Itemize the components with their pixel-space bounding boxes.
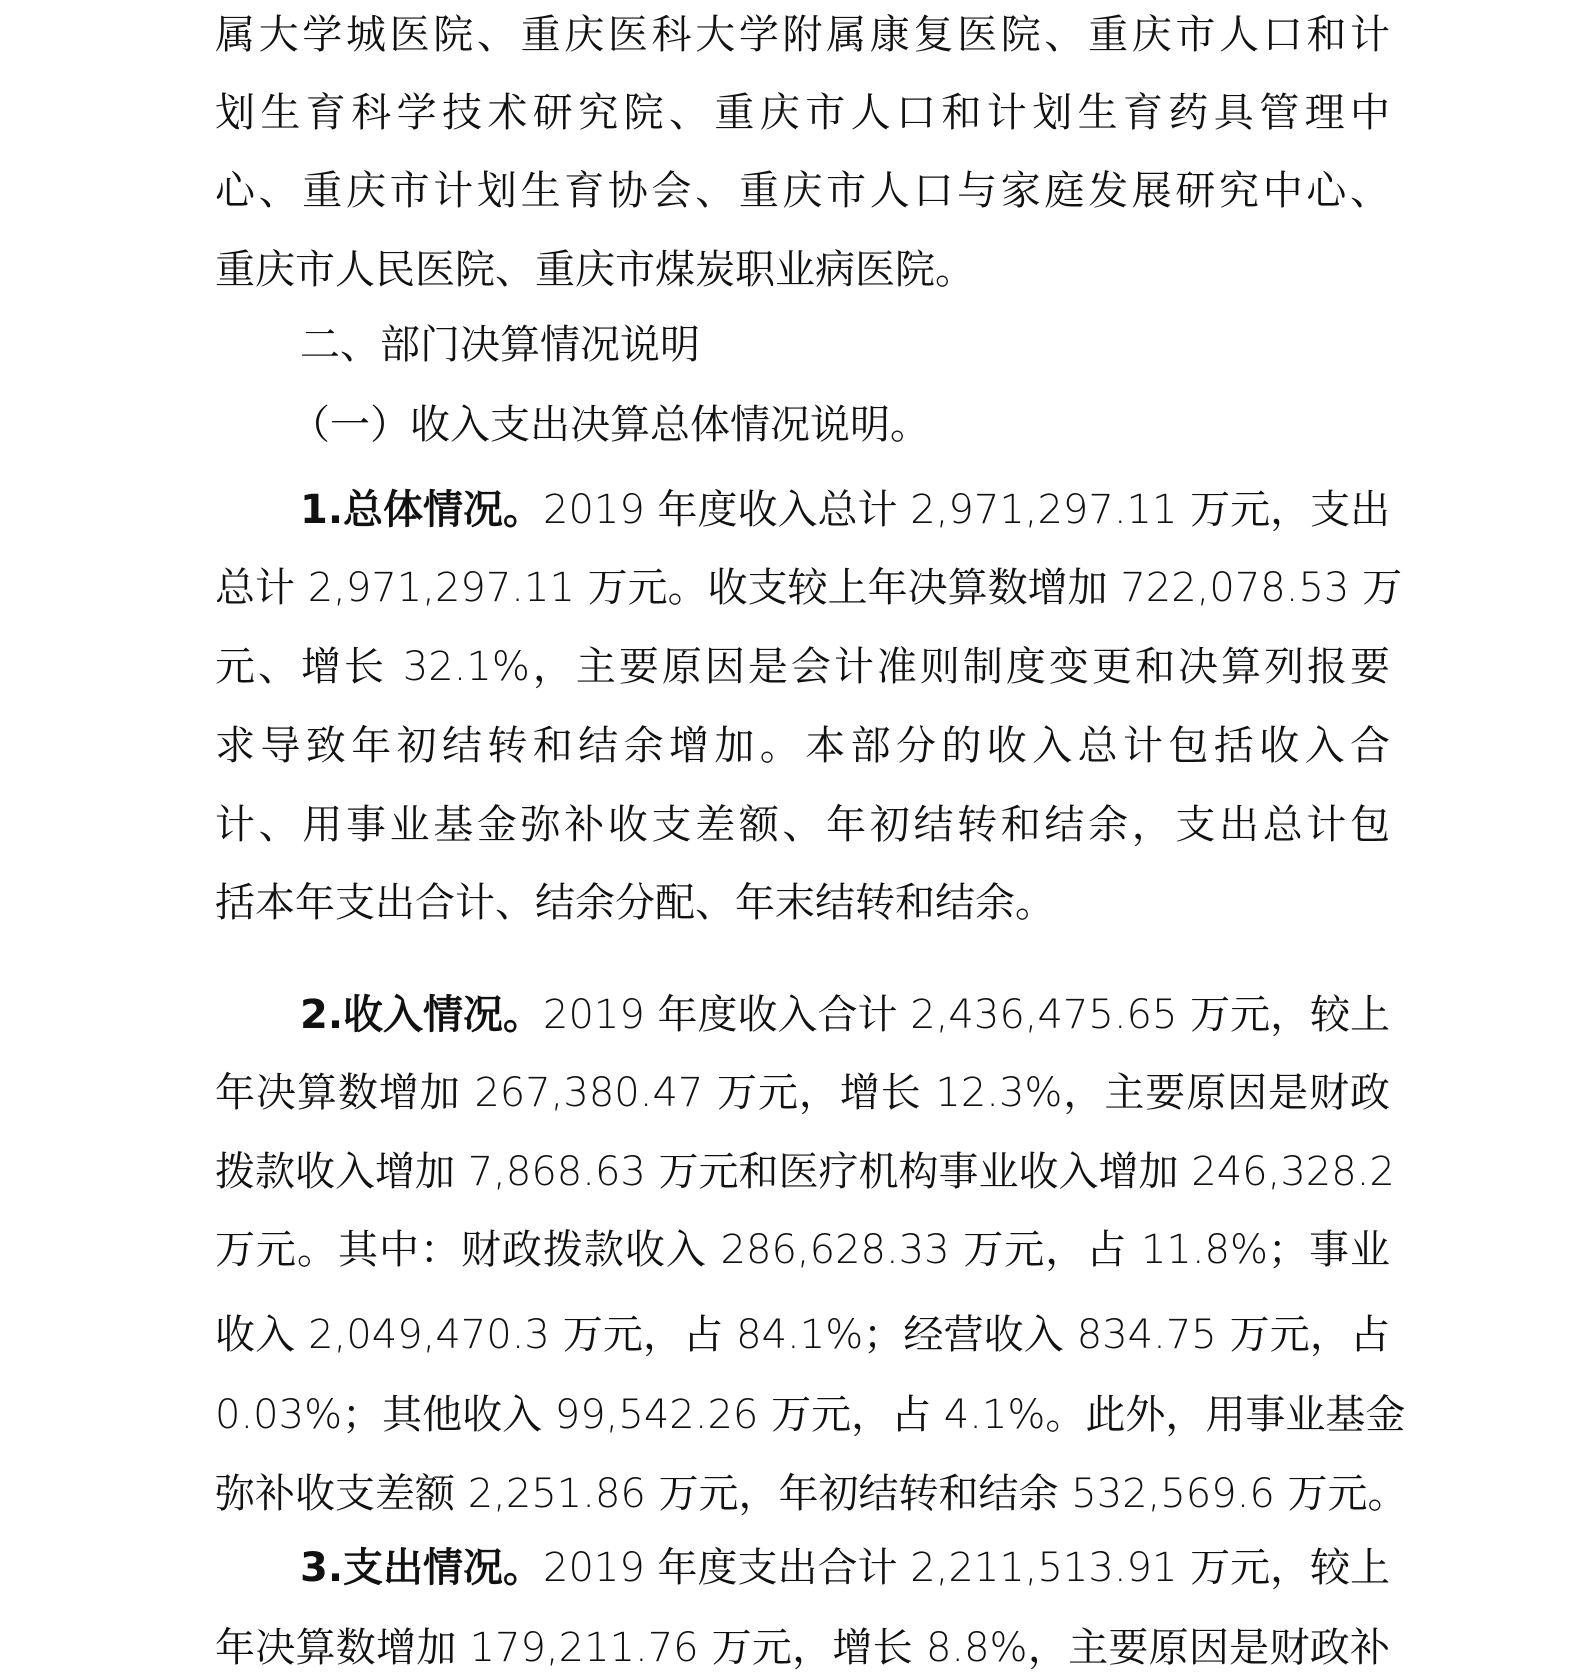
item2-lead: 2.收入情况。 (300, 992, 543, 1038)
body-text-line: 年决算数增加 267,380.47 万元，增长 12.3%，主要原因是财政 (215, 1063, 1390, 1123)
body-text-line: 万元。其中：财政拨款收入 286,628.33 万元，占 11.8%；事业 (215, 1220, 1390, 1280)
item1-line-text: 2019 年度收入总计 2,971,297.11 万元，支出 (543, 487, 1390, 533)
item3-first-line: 3.支出情况。2019 年度支出合计 2,211,513.91 万元，较上 (300, 1538, 1390, 1598)
item1-lead: 1.总体情况。 (300, 487, 543, 533)
body-text-line: 0.03%；其他收入 99,542.26 万元，占 4.1%。此外，用事业基金 (215, 1385, 1390, 1445)
body-text-line: 括本年支出合计、结余分配、年末结转和结余。 (215, 873, 1390, 933)
item3-line-text: 2019 年度支出合计 2,211,513.91 万元，较上 (543, 1545, 1390, 1591)
body-text-line: 划生育科学技术研究院、重庆市人口和计划生育药具管理中 (215, 83, 1390, 143)
body-text-line: 收入 2,049,470.3 万元，占 84.1%；经营收入 834.75 万元… (215, 1305, 1390, 1365)
body-text-line: 心、重庆市计划生育协会、重庆市人口与家庭发展研究中心、 (215, 161, 1390, 221)
item3-lead: 3.支出情况。 (300, 1545, 543, 1591)
section-heading: 二、部门决算情况说明 (300, 315, 1390, 375)
item2-first-line: 2.收入情况。2019 年度收入合计 2,436,475.65 万元，较上 (300, 985, 1390, 1045)
subsection-heading: （一）收入支出决算总体情况说明。 (290, 395, 1380, 455)
body-text-line: 拨款收入增加 7,868.63 万元和医疗机构事业收入增加 246,328.2 (215, 1142, 1390, 1202)
body-text-line: 计、用事业基金弥补收支差额、年初结转和结余，支出总计包 (215, 795, 1390, 855)
document-page: 属大学城医院、重庆医科大学附属康复医院、重庆市人口和计 划生育科学技术研究院、重… (0, 0, 1588, 1679)
body-text-line: 重庆市人民医院、重庆市煤炭职业病医院。 (215, 240, 1390, 300)
item1-first-line: 1.总体情况。2019 年度收入总计 2,971,297.11 万元，支出 (300, 480, 1390, 540)
body-text-line: 弥补收支差额 2,251.86 万元，年初结转和结余 532,569.6 万元。 (215, 1464, 1390, 1524)
body-text-line: 元、增长 32.1%，主要原因是会计准则制度变更和决算列报要 (215, 637, 1390, 697)
body-text-line: 求导致年初结转和结余增加。本部分的收入总计包括收入合 (215, 716, 1390, 776)
body-text-line: 属大学城医院、重庆医科大学附属康复医院、重庆市人口和计 (215, 5, 1390, 65)
item2-line-text: 2019 年度收入合计 2,436,475.65 万元，较上 (543, 992, 1390, 1038)
body-text-line: 总计 2,971,297.11 万元。收支较上年决算数增加 722,078.53… (215, 558, 1390, 618)
body-text-line: 年决算数增加 179,211.76 万元，增长 8.8%，主要原因是财政补 (215, 1618, 1390, 1678)
